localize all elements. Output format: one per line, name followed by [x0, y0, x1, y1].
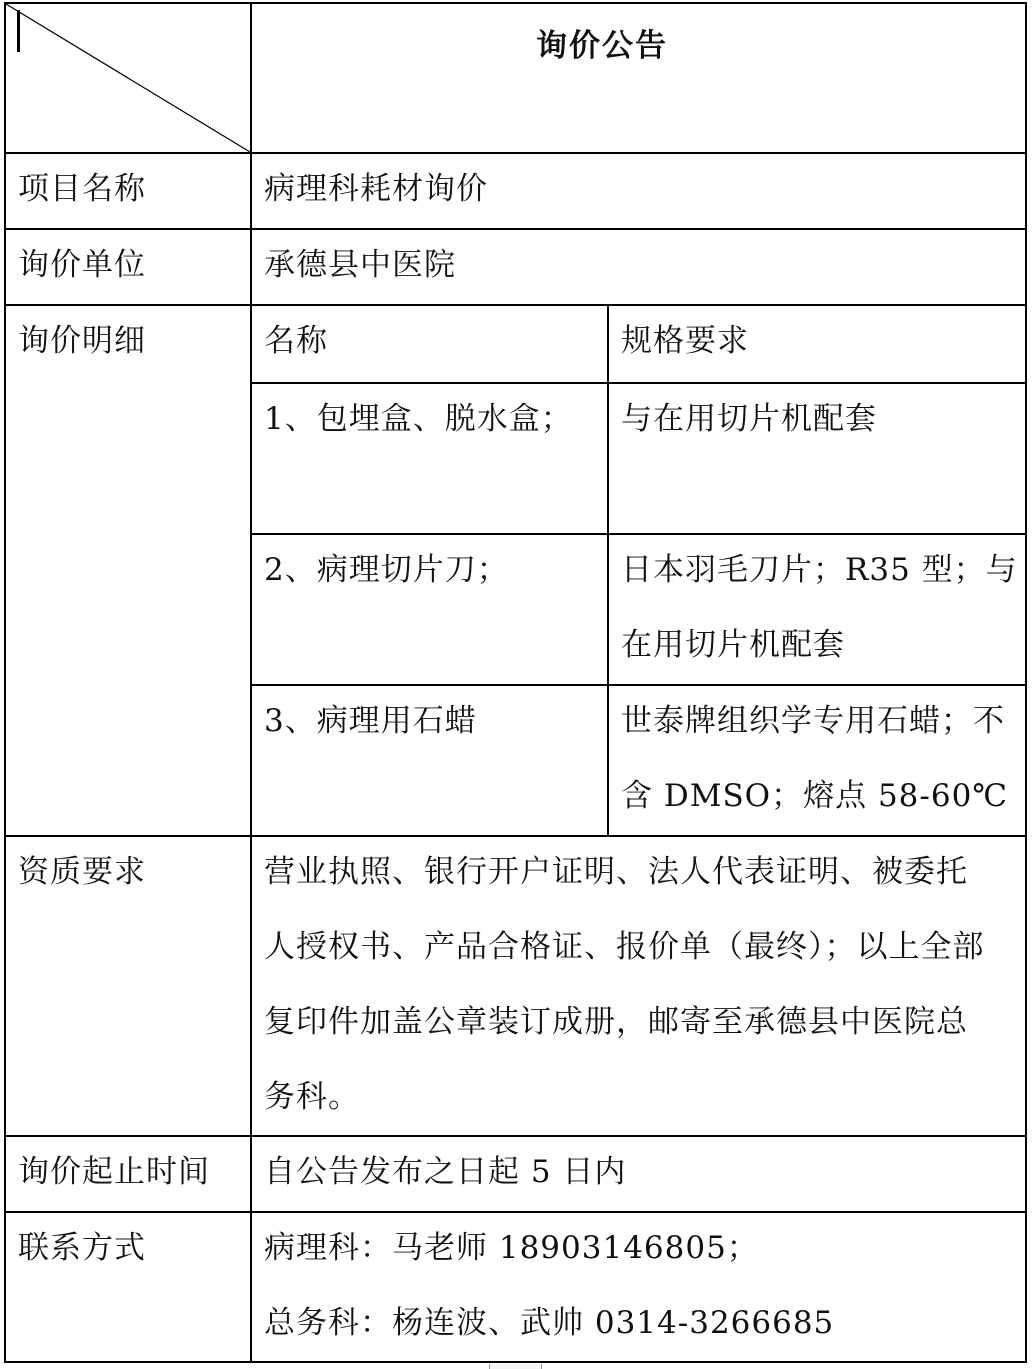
- details-item-2-spec-line-1: 日本羽毛刀片；R35 型；与: [621, 533, 1018, 608]
- diagonal-header-cell: [4, 2, 252, 154]
- contact-line-pathology: 病理科：马老师 18903146805；: [264, 1211, 759, 1286]
- qualification-line-3: 复印件加盖公章装订成册，邮寄至承德县中医院总: [264, 985, 968, 1060]
- details-item-3-name-cell[interactable]: 3、病理用石蜡: [250, 684, 609, 837]
- qualification-line-4: 务科。: [264, 1060, 360, 1135]
- inquiry-unit-value: 承德县中医院: [264, 228, 456, 303]
- details-item-1-name-cell[interactable]: 1、包埋盒、脱水盒；: [250, 382, 609, 535]
- project-name-label-cell: 项目名称: [4, 152, 252, 230]
- contact-label: 联系方式: [18, 1211, 146, 1286]
- inquiry-period-label: 询价起止时间: [18, 1135, 210, 1210]
- details-col-header-name-cell: 名称: [250, 304, 609, 384]
- details-col-header-spec-cell: 规格要求: [607, 304, 1027, 384]
- details-item-3-spec-line-1: 世泰牌组织学专用石蜡；不: [621, 684, 1005, 759]
- qualification-line-1: 营业执照、银行开户证明、法人代表证明、被委托: [264, 835, 968, 910]
- qualification-label: 资质要求: [18, 835, 146, 910]
- title-cell: 询价公告: [250, 2, 1027, 154]
- details-item-1-name: 1、包埋盒、脱水盒；: [264, 382, 573, 457]
- inquiry-announcement-table: 询价公告 项目名称 病理科耗材询价 询价单位 承德县中医院 询价明细 名称 规格…: [4, 2, 1027, 1363]
- inquiry-unit-label: 询价单位: [18, 228, 146, 303]
- page-title: 询价公告: [536, 20, 668, 65]
- details-item-2-name-cell[interactable]: 2、病理切片刀；: [250, 533, 609, 686]
- project-name-label: 项目名称: [18, 152, 146, 227]
- details-item-1-spec-line-1: 与在用切片机配套: [621, 382, 877, 457]
- details-item-3-name: 3、病理用石蜡: [264, 684, 477, 759]
- contact-label-cell: 联系方式: [4, 1211, 252, 1363]
- page-bottom-marker: [489, 1364, 542, 1369]
- qualification-value-cell[interactable]: 营业执照、银行开户证明、法人代表证明、被委托 人授权书、产品合格证、报价单（最终…: [250, 835, 1027, 1137]
- inquiry-unit-value-cell[interactable]: 承德县中医院: [250, 228, 1027, 306]
- contact-line-general-affairs: 总务科：杨连波、武帅 0314-3266685: [264, 1286, 834, 1361]
- inquiry-details-label: 询价明细: [18, 304, 146, 379]
- inquiry-period-value-cell[interactable]: 自公告发布之日起 5 日内: [250, 1135, 1027, 1213]
- details-col-header-name: 名称: [264, 304, 328, 379]
- inquiry-period-label-cell: 询价起止时间: [4, 1135, 252, 1213]
- inquiry-period-value: 自公告发布之日起 5 日内: [264, 1135, 626, 1210]
- details-item-1-spec-cell[interactable]: 与在用切片机配套: [607, 382, 1027, 535]
- text-cursor: [17, 10, 20, 52]
- contact-value-cell[interactable]: 病理科：马老师 18903146805； 总务科：杨连波、武帅 0314-326…: [250, 1211, 1027, 1363]
- details-item-3-spec-cell[interactable]: 世泰牌组织学专用石蜡；不 含 DMSO；熔点 58-60℃: [607, 684, 1027, 837]
- inquiry-details-label-cell: 询价明细: [4, 304, 252, 837]
- inquiry-unit-label-cell: 询价单位: [4, 228, 252, 306]
- details-item-2-name: 2、病理切片刀；: [264, 533, 509, 608]
- details-col-header-spec: 规格要求: [621, 304, 749, 379]
- project-name-value: 病理科耗材询价: [264, 152, 488, 227]
- details-item-2-spec-line-2: 在用切片机配套: [621, 608, 845, 683]
- diagonal-line-icon: [4, 2, 252, 154]
- project-name-value-cell[interactable]: 病理科耗材询价: [250, 152, 1027, 230]
- qualification-label-cell: 资质要求: [4, 835, 252, 1137]
- details-item-2-spec-cell[interactable]: 日本羽毛刀片；R35 型；与 在用切片机配套: [607, 533, 1027, 686]
- qualification-line-2: 人授权书、产品合格证、报价单（最终）；以上全部: [264, 910, 985, 985]
- details-item-3-spec-line-2: 含 DMSO；熔点 58-60℃: [621, 759, 1008, 834]
